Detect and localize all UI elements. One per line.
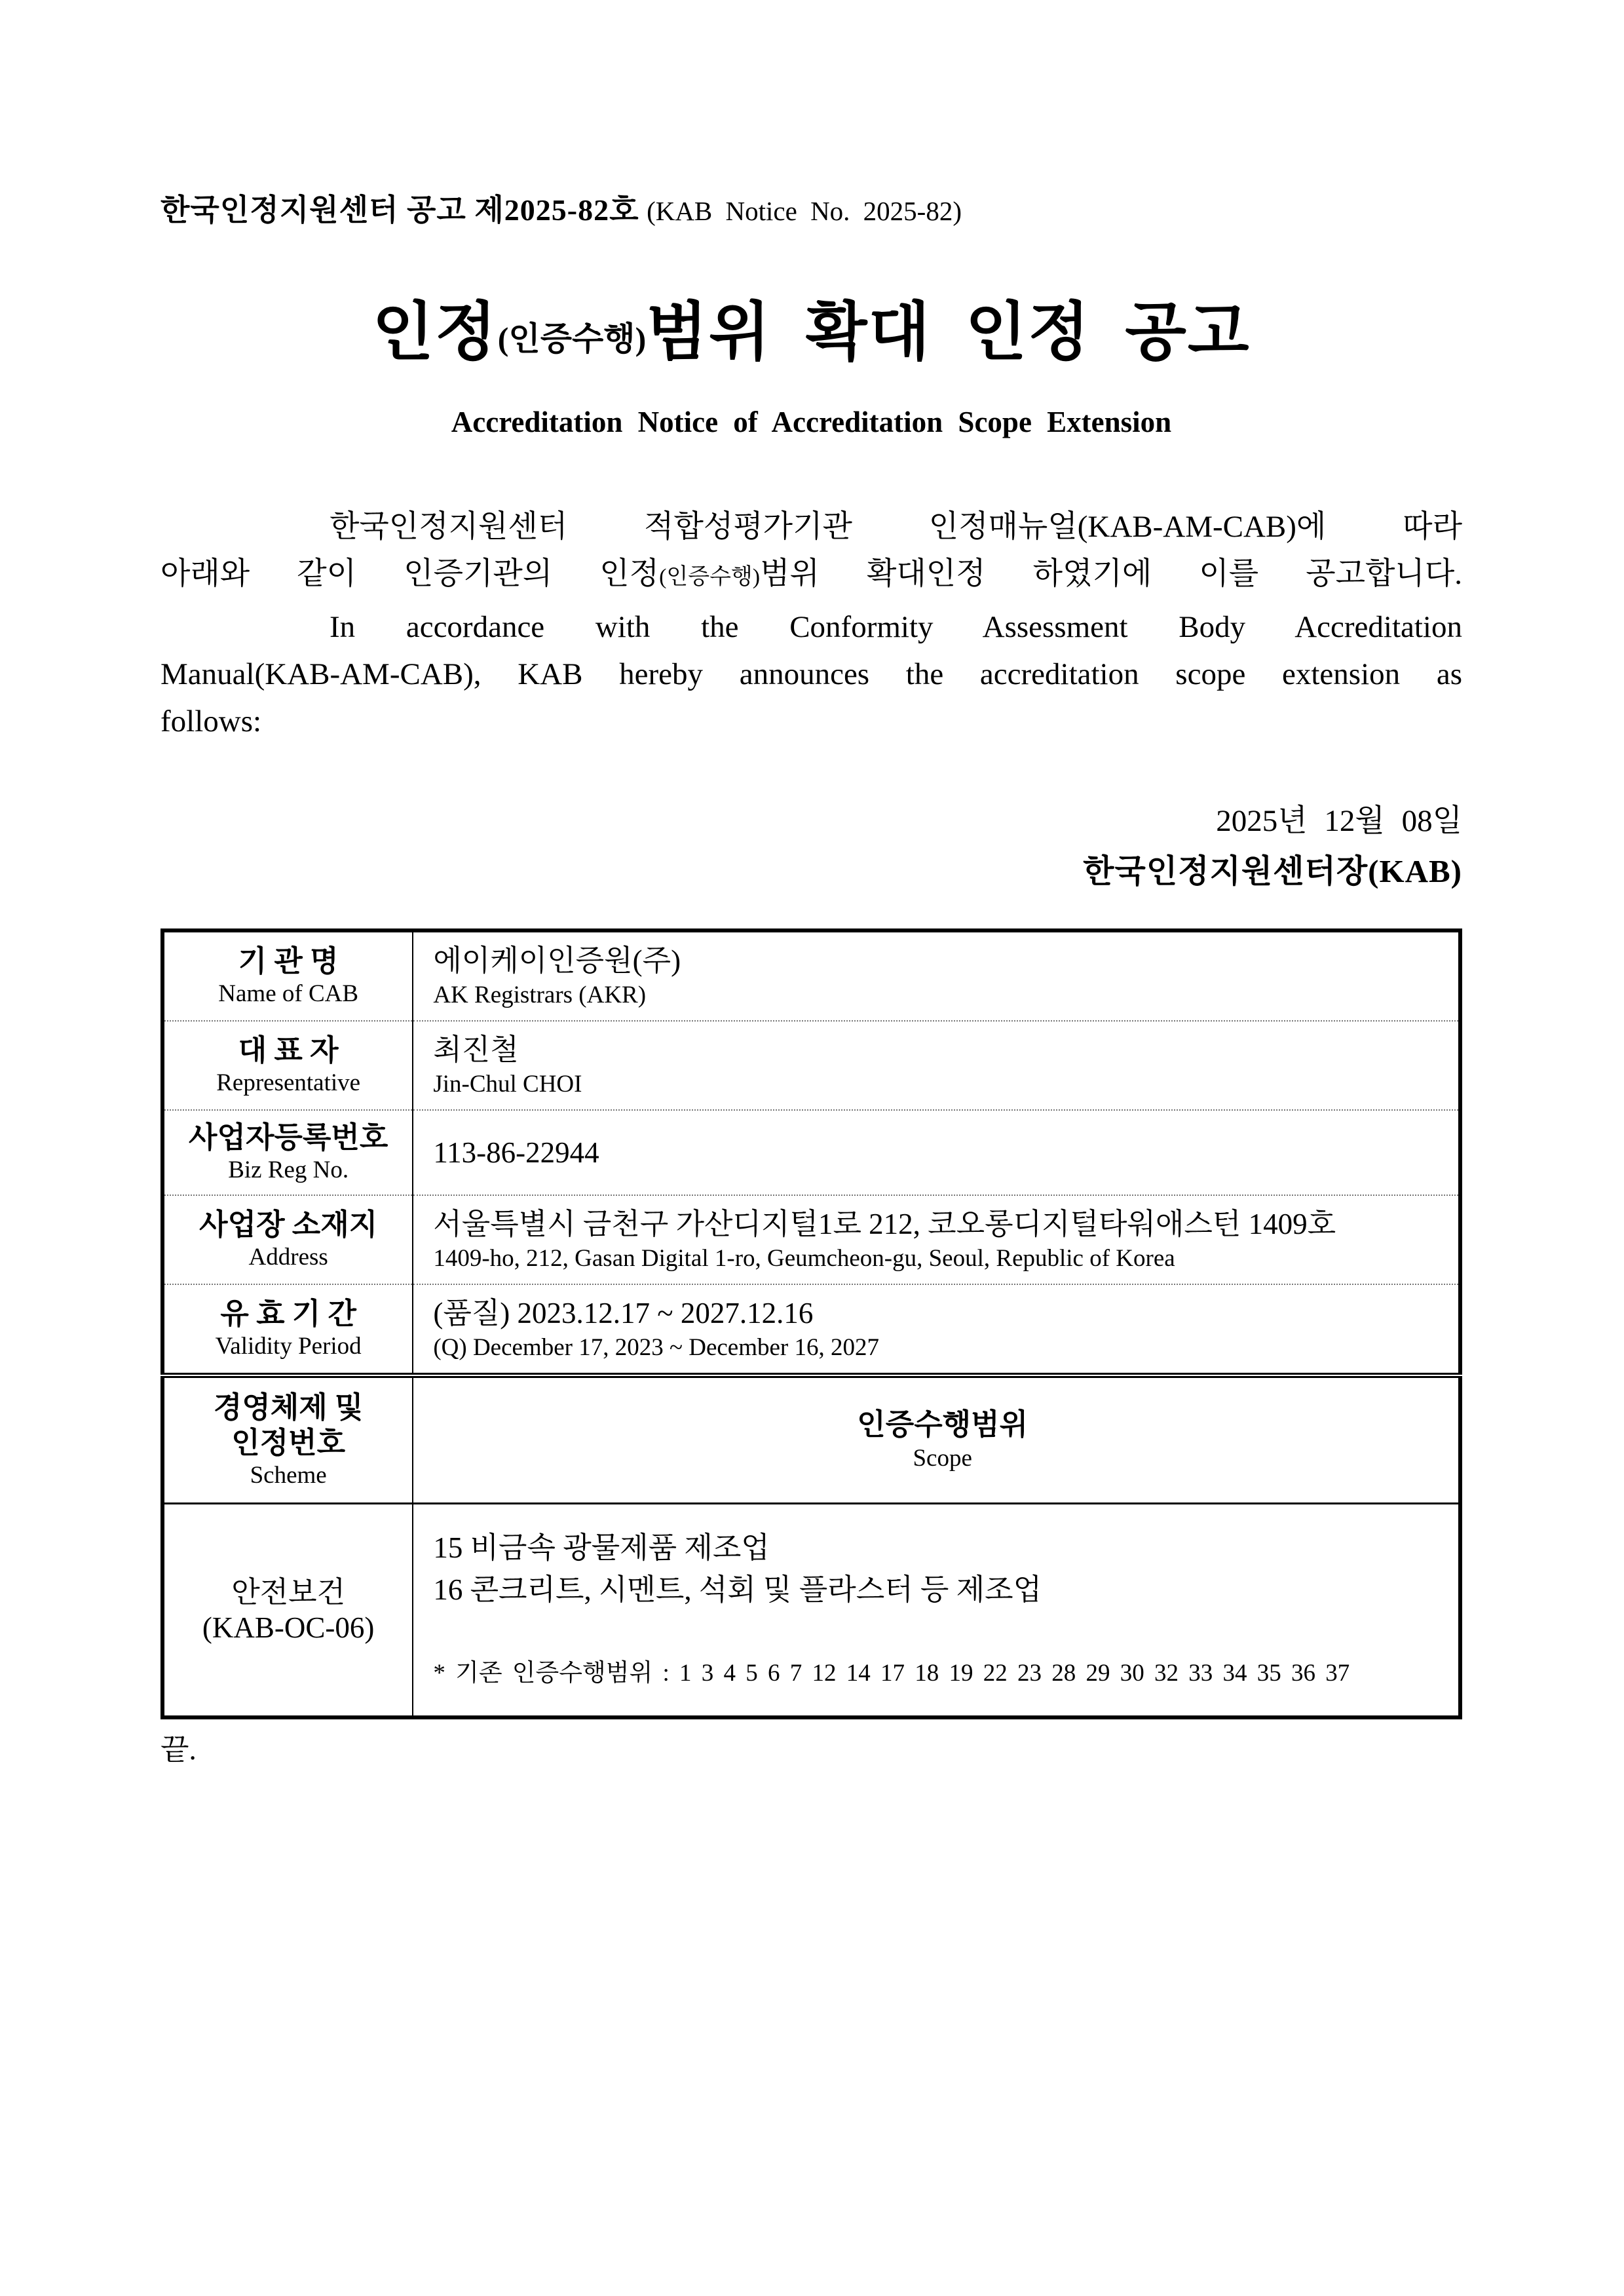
value-korean: (품질) 2023.12.17 ~ 2027.12.16: [433, 1294, 1452, 1332]
intro-ko-line2-pre: 아래와 같이 인증기관의 인정: [161, 557, 659, 591]
value-english: 1409-ho, 212, Gasan Digital 1-ro, Geumch…: [433, 1243, 1452, 1274]
intro-en-line1: In accordance with the Conformity Assess…: [161, 603, 1462, 651]
cab-info-table: 기 관 명 Name of CAB 에이케이인증원(주) AK Registra…: [161, 928, 1462, 1719]
title-post: 범위 확대 인정 공고: [646, 297, 1250, 368]
title-pre: 인정: [372, 297, 497, 368]
table-row: 유 효 기 간 Validity Period (품질) 2023.12.17 …: [162, 1284, 1460, 1375]
notice-number-english: (KAB Notice No. 2025-82): [647, 196, 962, 226]
scope-item: 15 비금속 광물제품 제조업: [433, 1527, 1452, 1569]
label-korean: 기 관 명: [168, 944, 408, 979]
table-row: 사업장 소재지 Address 서울특별시 금천구 가산디지털1로 212, 코…: [162, 1195, 1460, 1284]
document-title: 인정(인증수행)범위 확대 인정 공고: [161, 297, 1462, 375]
label-english: Address: [168, 1242, 408, 1272]
table-row: 대 표 자 Representative 최진철 Jin-Chul CHOI: [162, 1021, 1460, 1110]
value-korean: 에이케이인증원(주): [433, 942, 1452, 980]
document-subtitle-english: Accreditation Notice of Accreditation Sc…: [161, 404, 1462, 440]
existing-scope-note: * 기존 인증수행범위 : 1 3 4 5 6 7 12 14 17 18 19…: [433, 1658, 1452, 1689]
row-validity-value: (품질) 2023.12.17 ~ 2027.12.16 (Q) Decembe…: [413, 1284, 1460, 1375]
row-validity-label: 유 효 기 간 Validity Period: [162, 1284, 413, 1375]
label-korean: 대 표 자: [168, 1033, 408, 1068]
scheme-label-english: Scheme: [168, 1461, 408, 1491]
scheme-label-cell: 경영체제 및 인정번호 Scheme: [162, 1375, 413, 1504]
signature-block: 2025년 12월 08일 한국인정지원센터장(KAB): [161, 801, 1462, 892]
row-name-value: 에이케이인증원(주) AK Registrars (AKR): [413, 930, 1460, 1021]
row-name-label: 기 관 명 Name of CAB: [162, 930, 413, 1021]
row-address-label: 사업장 소재지 Address: [162, 1195, 413, 1284]
scope-items-cell: 15 비금속 광물제품 제조업 16 콘크리트, 시멘트, 석회 및 플라스터 …: [413, 1504, 1460, 1718]
scope-header-cell: 인증수행범위 Scope: [413, 1375, 1460, 1504]
row-representative-value: 최진철 Jin-Chul CHOI: [413, 1021, 1460, 1110]
scope-header-english: Scope: [433, 1443, 1452, 1474]
value-english: AK Registrars (AKR): [433, 980, 1452, 1011]
row-address-value: 서울특별시 금천구 가산디지털1로 212, 코오롱디지털타워애스턴 1409호…: [413, 1195, 1460, 1284]
scope-header-korean: 인증수행범위: [433, 1406, 1452, 1443]
label-korean: 사업자등록번호: [168, 1120, 408, 1155]
label-english: Representative: [168, 1068, 408, 1098]
row-bizreg-value: 113-86-22944: [413, 1110, 1460, 1195]
label-english: Name of CAB: [168, 979, 408, 1009]
table-row: 기 관 명 Name of CAB 에이케이인증원(주) AK Registra…: [162, 930, 1460, 1021]
row-representative-label: 대 표 자 Representative: [162, 1021, 413, 1110]
value-korean: 113-86-22944: [433, 1134, 1452, 1172]
label-english: Biz Reg No.: [168, 1155, 408, 1185]
scheme-header-row: 경영체제 및 인정번호 Scheme 인증수행범위 Scope: [162, 1375, 1460, 1504]
notice-number-korean: 한국인정지원센터 공고 제2025-82호: [161, 193, 639, 227]
intro-paragraph-english: In accordance with the Conformity Assess…: [161, 603, 1462, 745]
label-english: Validity Period: [168, 1331, 408, 1362]
scheme-label-korean-line1: 경영체제 및: [168, 1390, 408, 1425]
notice-date: 2025년 12월 08일: [161, 801, 1462, 841]
value-english: (Q) December 17, 2023 ~ December 16, 202…: [433, 1332, 1452, 1364]
scope-item: 16 콘크리트, 시멘트, 석회 및 플라스터 등 제조업: [433, 1569, 1452, 1611]
scheme-label-korean-line2: 인정번호: [168, 1425, 408, 1461]
table-row: 사업자등록번호 Biz Reg No. 113-86-22944: [162, 1110, 1460, 1195]
title-small-parenthetical: (인증수행): [498, 320, 647, 357]
intro-en-line3: follows:: [161, 698, 1462, 745]
scheme-name: 안전보건: [168, 1575, 408, 1610]
notice-number-line: 한국인정지원센터 공고 제2025-82호 (KAB Notice No. 20…: [161, 191, 1462, 230]
value-english: Jin-Chul CHOI: [433, 1069, 1452, 1100]
scope-content-row: 안전보건 (KAB-OC-06) 15 비금속 광물제품 제조업 16 콘크리트…: [162, 1504, 1460, 1718]
document-page: 한국인정지원센터 공고 제2025-82호 (KAB Notice No. 20…: [0, 0, 1624, 2296]
intro-ko-line2-small: (인증수행): [659, 565, 760, 589]
intro-ko-line1: 한국인정지원센터 적합성평가기관 인정매뉴얼(KAB-AM-CAB)에 따라: [161, 503, 1462, 550]
closing-mark: 끝.: [161, 1731, 1462, 1768]
label-korean: 유 효 기 간: [168, 1296, 408, 1331]
intro-paragraph-korean: 한국인정지원센터 적합성평가기관 인정매뉴얼(KAB-AM-CAB)에 따라 아…: [161, 503, 1462, 601]
row-bizreg-label: 사업자등록번호 Biz Reg No.: [162, 1110, 413, 1195]
scheme-code-cell: 안전보건 (KAB-OC-06): [162, 1504, 413, 1718]
value-korean: 서울특별시 금천구 가산디지털1로 212, 코오롱디지털타워애스턴 1409호: [433, 1205, 1452, 1243]
notice-number-english-text: (KAB Notice No. 2025-82): [647, 196, 962, 226]
scheme-code: (KAB-OC-06): [168, 1610, 408, 1645]
value-korean: 최진철: [433, 1031, 1452, 1069]
signing-authority: 한국인정지원센터장(KAB): [161, 851, 1462, 892]
intro-ko-line2-post: 범위 확대인정 하였기에 이를 공고합니다.: [760, 557, 1462, 591]
label-korean: 사업장 소재지: [168, 1207, 408, 1242]
intro-en-line2: Manual(KAB-AM-CAB), KAB hereby announces…: [161, 651, 1462, 698]
intro-ko-line2: 아래와 같이 인증기관의 인정(인증수행)범위 확대인정 하였기에 이를 공고합…: [161, 550, 1462, 601]
